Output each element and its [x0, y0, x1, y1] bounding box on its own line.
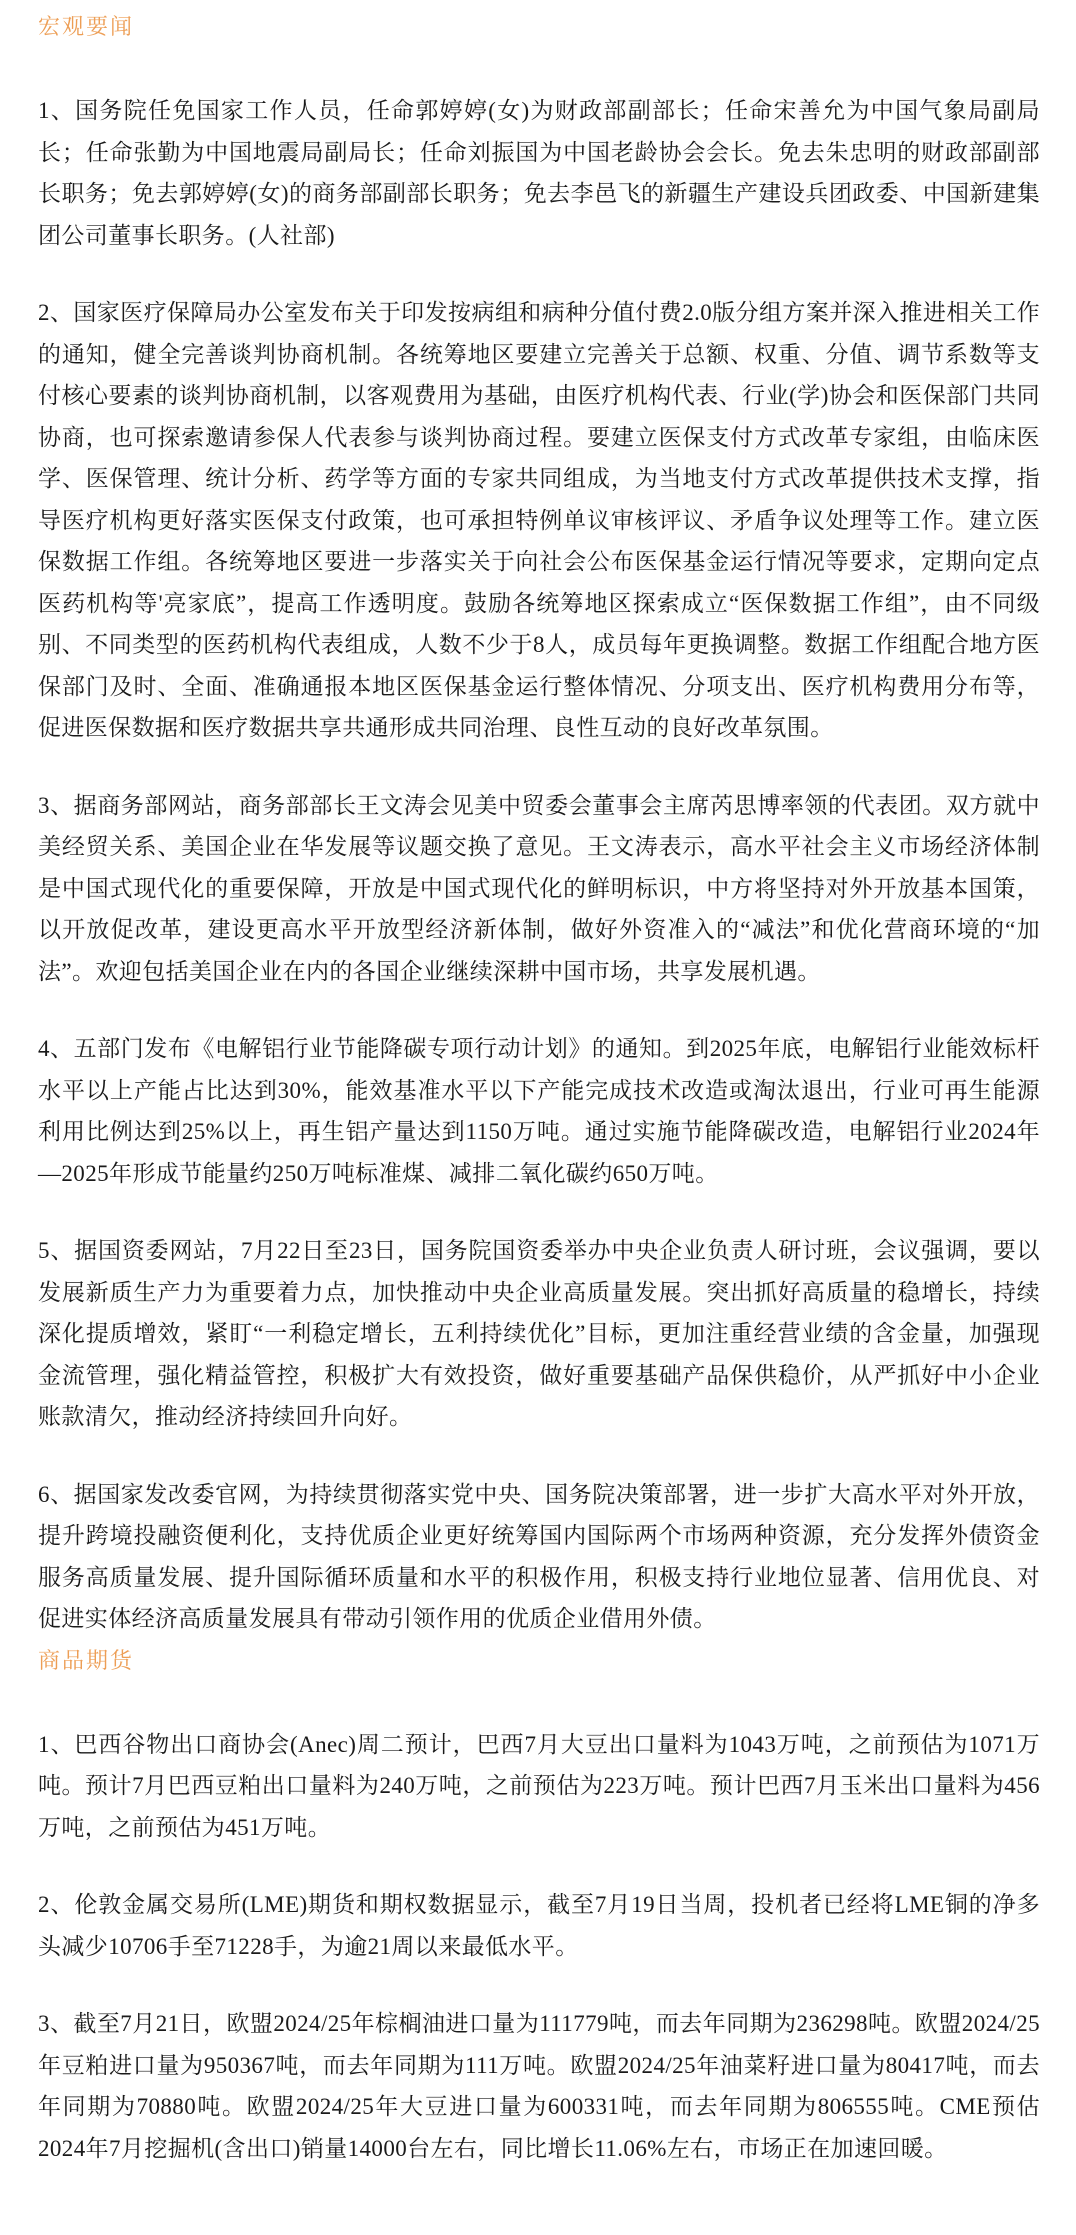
macro-news-item-4: 4、五部门发布《电解铝行业节能降碳专项行动计划》的通知。到2025年底，电解铝行…	[38, 1028, 1040, 1194]
macro-news-item-1: 1、国务院任免国家工作人员，任命郭婷婷(女)为财政部副部长；任命宋善允为中国气象…	[38, 90, 1040, 256]
commodity-futures-item-3: 3、截至7月21日，欧盟2024/25年棕榈油进口量为111779吨，而去年同期…	[38, 2003, 1040, 2169]
macro-news-item-6: 6、据国家发改委官网，为持续贯彻落实党中央、国务院决策部署，进一步扩大高水平对外…	[38, 1474, 1040, 1640]
macro-news-item-3: 3、据商务部网站，商务部部长王文涛会见美中贸委会董事会主席芮思博率领的代表团。双…	[38, 785, 1040, 993]
commodity-futures-item-2: 2、伦敦金属交易所(LME)期货和期权数据显示，截至7月19日当周，投机者已经将…	[38, 1884, 1040, 1967]
macro-news-heading: 宏观要闻	[38, 6, 1040, 48]
section-commodity-futures: 商品期货 1、巴西谷物出口商协会(Anec)周二预计，巴西7月大豆出口量料为10…	[38, 1640, 1040, 2170]
news-digest-document: 宏观要闻 1、国务院任免国家工作人员，任命郭婷婷(女)为财政部副部长；任命宋善允…	[0, 0, 1076, 2235]
section-macro-news: 宏观要闻 1、国务院任免国家工作人员，任命郭婷婷(女)为财政部副部长；任命宋善允…	[38, 6, 1040, 1640]
macro-news-item-5: 5、据国资委网站，7月22日至23日，国务院国资委举办中央企业负责人研讨班，会议…	[38, 1230, 1040, 1438]
commodity-futures-heading: 商品期货	[38, 1640, 1040, 1682]
macro-news-item-2: 2、国家医疗保障局办公室发布关于印发按病组和病种分值付费2.0版分组方案并深入推…	[38, 292, 1040, 749]
commodity-futures-item-1: 1、巴西谷物出口商协会(Anec)周二预计，巴西7月大豆出口量料为1043万吨，…	[38, 1724, 1040, 1849]
